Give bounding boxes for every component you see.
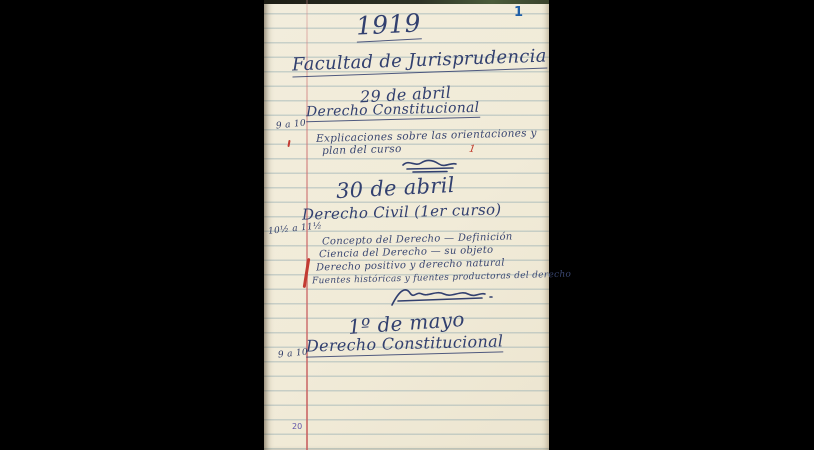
professor-signature-2 bbox=[386, 285, 496, 311]
faculty-title: Facultad de Jurisprudencia bbox=[292, 46, 547, 76]
entry2-time: 10½ a 11½ bbox=[268, 221, 323, 237]
entry1-note-line2: plan del curso bbox=[322, 143, 402, 157]
screenshot-root: { "notebook": { "page_number": "1", "yea… bbox=[0, 0, 814, 450]
red-annotation-mark: 1 bbox=[468, 144, 476, 156]
entry1-note-line1: Explicaciones sobre las orientaciones y bbox=[316, 127, 537, 145]
footer-stamp-number: 20 bbox=[292, 422, 302, 431]
page-number: 1 bbox=[514, 5, 523, 20]
entry1-time: 9 a 10 bbox=[276, 118, 307, 131]
year-title: 1919 bbox=[355, 8, 421, 40]
entry1-subject: Derecho Constitucional bbox=[306, 100, 480, 121]
entry2-subject: Derecho Civil (1er curso) bbox=[302, 200, 502, 223]
notebook-page: 1 1919 Facultad de Jurisprudencia 29 de … bbox=[264, 0, 549, 450]
entry3-subject: Derecho Constitucional bbox=[306, 331, 504, 355]
red-tick-mark bbox=[287, 140, 290, 147]
entry2-date: 30 de abril bbox=[335, 173, 455, 203]
entry3-time: 9 a 10 bbox=[278, 347, 309, 360]
